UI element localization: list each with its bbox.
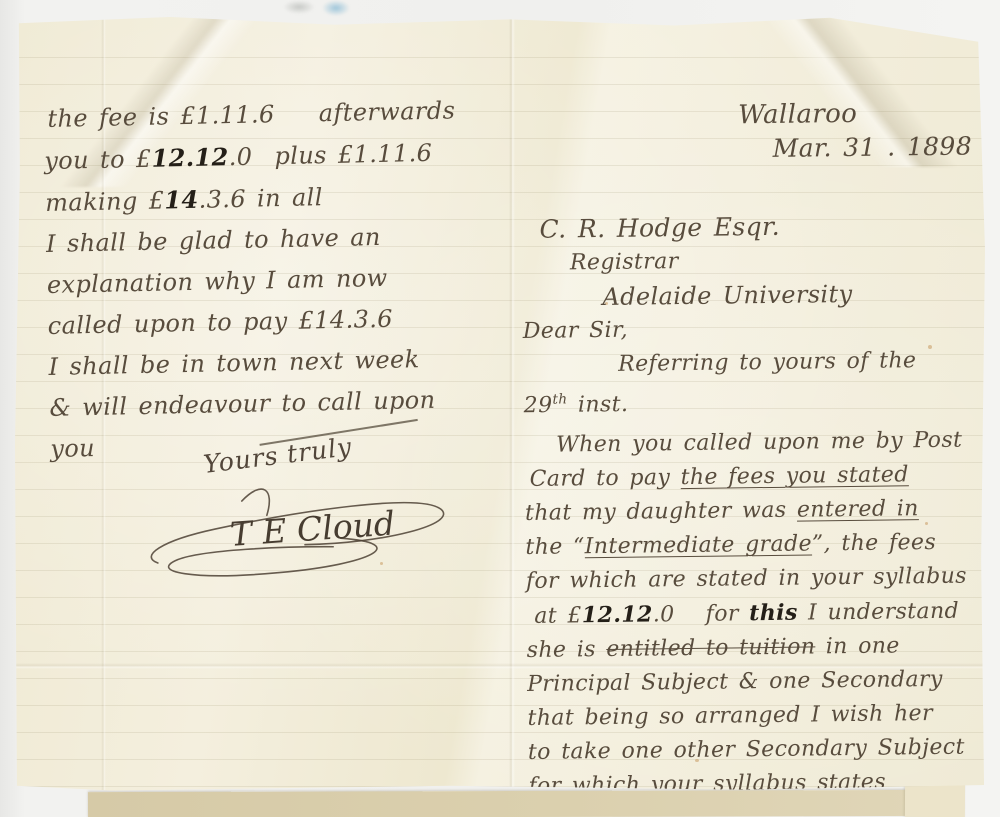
handwritten-segment: Principal Subject & one Secondary	[527, 667, 943, 697]
handwritten-line: the “Intermediate grade”, the fees	[525, 526, 993, 566]
ink-smudge-gray	[283, 0, 315, 14]
handwritten-segment: th	[552, 391, 567, 407]
handwritten-segment: that my daughter was	[525, 498, 797, 526]
handwritten-segment: entered in	[797, 496, 919, 522]
handwritten-line: 29th inst.	[523, 377, 991, 423]
handwritten-line: Referring to yours of the	[618, 343, 991, 382]
handwritten-segment: the fees you stated	[681, 463, 909, 491]
handwritten-segment: called upon to pay £14.3.6	[47, 305, 393, 340]
handwritten-segment: 12.12	[151, 142, 229, 173]
handwritten-line: at £12.12.0 for this I understand	[534, 594, 994, 635]
fold-crease-center	[509, 17, 515, 792]
handwritten-segment: I shall be in town next week	[48, 345, 420, 381]
handwritten-segment: in one	[815, 634, 900, 660]
handwritten-line: Principal Subject & one Secondary	[527, 663, 995, 703]
handwritten-line: that being so arranged I wish her	[527, 697, 995, 737]
handwritten-segment: Intermediate grade	[585, 532, 813, 560]
handwritten-line: that my daughter was entered in	[525, 492, 993, 532]
handwritten-segment: Wallaroo	[738, 99, 857, 130]
handwritten-segment: 29	[524, 393, 553, 418]
handwritten-segment: .0 plus £1.11.6	[228, 139, 432, 171]
handwritten-segment: I understand	[798, 599, 960, 626]
handwritten-segment: at £	[534, 604, 582, 630]
under-sheet-tan	[88, 790, 950, 817]
handwritten-segment: you to £	[44, 145, 152, 175]
right-page-text: WallarooMar. 31 . 1898C. R. Hodge Esqr.R…	[520, 95, 997, 804]
handwritten-segment: this	[749, 600, 798, 627]
handwritten-segment: Adelaide University	[602, 280, 852, 311]
handwritten-segment: to take one other Secondary Subject	[528, 735, 965, 765]
handwritten-segment: 12.12	[582, 602, 653, 629]
handwritten-segment: .3.6 in all	[198, 183, 323, 214]
handwritten-segment: you	[50, 434, 95, 463]
handwritten-line: Wallaroo	[738, 95, 988, 132]
handwritten-line: Card to pay the fees you stated	[529, 458, 992, 498]
handwritten-segment: When you called upon me by Post	[556, 428, 962, 458]
handwritten-segment: Mar. 31 . 1898	[772, 131, 972, 162]
handwritten-line: C. R. Hodge Esqr.	[539, 207, 989, 246]
ink-smudge-blue	[322, 0, 350, 16]
handwritten-segment: Card to pay	[529, 465, 680, 492]
handwritten-segment: C. R. Hodge Esqr.	[539, 212, 780, 244]
handwritten-segment: Registrar	[570, 249, 679, 275]
handwritten-segment: & will endeavour to call upon	[49, 386, 436, 422]
handwritten-segment: for which are stated in your syllabus	[526, 564, 967, 594]
handwritten-segment: the “	[525, 535, 585, 561]
handwritten-segment: Dear Sir,	[523, 318, 628, 344]
handwritten-line: she is entitled to tuition in one	[527, 629, 995, 669]
handwritten-segment: she is	[527, 637, 607, 663]
handwritten-segment: .0 for	[653, 602, 750, 628]
handwritten-line: for which are stated in your syllabus	[526, 560, 994, 600]
signature-name: T E Cloud	[229, 503, 396, 553]
signature-flourish: T E Cloud	[121, 447, 478, 586]
letter-paper: the fee is £1.11.6 afterwardsyou to £12.…	[15, 17, 985, 792]
handwritten-line: Registrar	[570, 241, 990, 280]
handwritten-line: When you called upon me by Post	[556, 424, 992, 463]
handwritten-segment: explanation why I am now	[47, 264, 388, 299]
handwritten-segment: making £	[45, 186, 165, 216]
handwritten-segment: ”, the fees	[812, 530, 936, 557]
handwritten-line: Adelaide University	[602, 275, 990, 314]
handwritten-segment: I shall be glad to have an	[46, 223, 381, 258]
handwritten-segment: that being so arranged I wish her	[527, 701, 933, 731]
left-page-text: the fee is £1.11.6 afterwardsyou to £12.…	[43, 89, 511, 470]
handwritten-line: to take one other Secondary Subject	[528, 731, 996, 771]
handwritten-line: Dear Sir,	[523, 309, 991, 349]
handwritten-segment: the fee is £1.11.6 afterwards	[47, 96, 455, 133]
scanned-letter: the fee is £1.11.6 afterwardsyou to £12.…	[0, 0, 1000, 817]
handwritten-segment: Referring to yours of the	[618, 348, 916, 377]
handwritten-segment: entitled to tuition	[606, 635, 815, 663]
handwritten-line: Mar. 31 . 1898	[772, 129, 988, 166]
handwritten-segment: inst.	[567, 392, 628, 418]
handwritten-segment: 14	[164, 185, 199, 215]
